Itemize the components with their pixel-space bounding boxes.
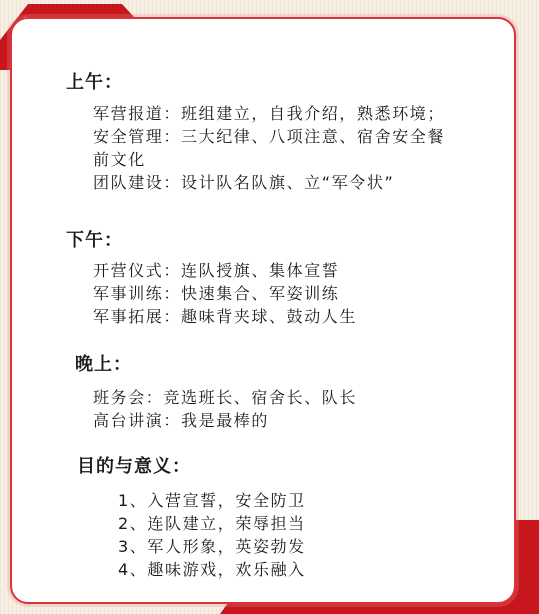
morning-line: 安全管理：三大纪律、八项注意、宿舍安全餐 [93, 124, 445, 147]
morning-line: 军营报道：班组建立，自我介绍，熟悉环境； [93, 101, 445, 124]
schedule-content: 上午： 军营报道：班组建立，自我介绍，熟悉环境； 安全管理：三大纪律、八项注意、… [0, 0, 539, 614]
afternoon-line: 开营仪式：连队授旗、集体宣誓 [93, 258, 339, 281]
morning-title: 上午： [66, 68, 123, 94]
purpose-title: 目的与意义： [77, 452, 191, 478]
evening-line: 高台讲演：我是最棒的 [93, 408, 269, 431]
purpose-item: 3、军人形象，英姿勃发 [118, 534, 306, 557]
afternoon-line: 军事拓展：趣味背夹球、鼓动人生 [93, 304, 357, 327]
purpose-item: 4、趣味游戏，欢乐融入 [118, 557, 306, 580]
morning-line: 前文化 [93, 147, 146, 170]
purpose-item: 1、入营宣誓，安全防卫 [118, 488, 306, 511]
afternoon-line: 军事训练：快速集合、军姿训练 [93, 281, 339, 304]
afternoon-title: 下午： [66, 226, 123, 252]
evening-title: 晚上： [75, 350, 132, 376]
purpose-item: 2、连队建立，荣辱担当 [118, 511, 306, 534]
morning-line: 团队建设：设计队名队旗、立“军令状” [93, 170, 394, 193]
evening-line: 班务会：竞选班长、宿舍长、队长 [93, 385, 357, 408]
